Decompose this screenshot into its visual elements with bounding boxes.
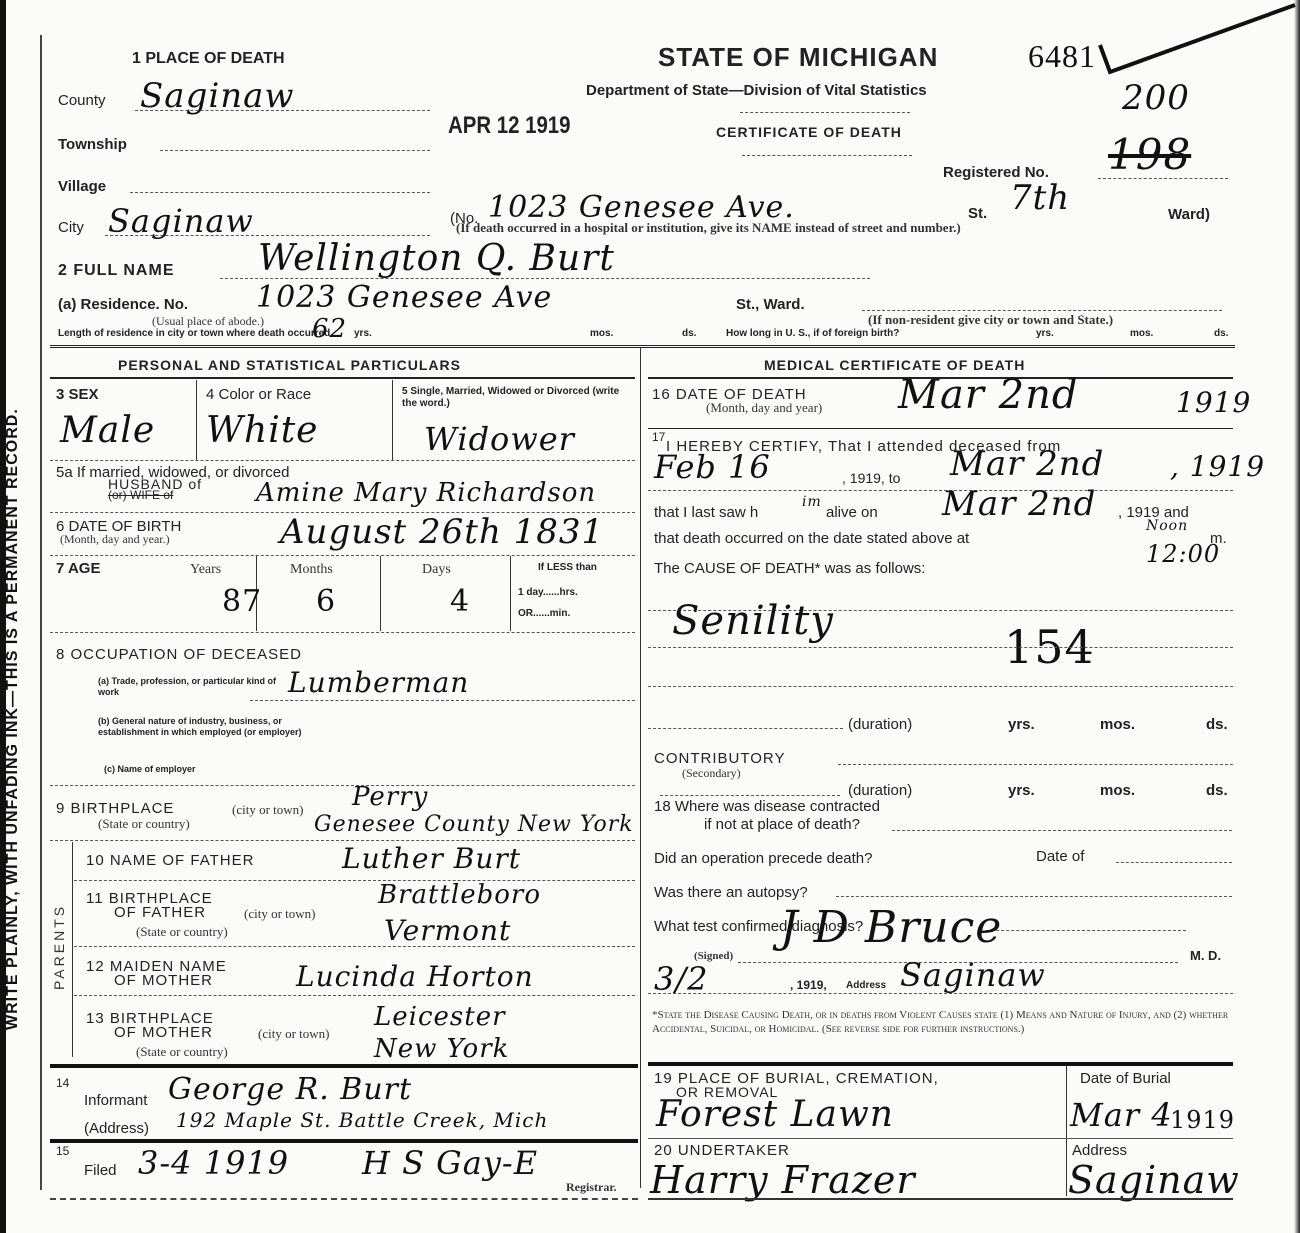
department-label: Department of State—Division of Vital St… — [586, 82, 927, 99]
city-town-note: (city or town) — [258, 1026, 329, 1042]
age-years: 87 — [222, 584, 262, 619]
state-country-note: (State or country) — [136, 1044, 228, 1060]
state-country-note: (State or country) — [136, 924, 228, 940]
md-label: M. D. — [1190, 948, 1221, 963]
race-value: White — [206, 410, 318, 451]
trade-value: Lumberman — [288, 666, 469, 699]
village-field — [130, 192, 430, 193]
days-label: Days — [422, 562, 451, 578]
dob-sub: (Month, day and year.) — [60, 532, 170, 547]
item17-num: 17 — [652, 430, 665, 444]
autopsy-label: Was there an autopsy? — [654, 884, 808, 901]
township-label: Township — [58, 136, 127, 153]
alive-on-text: alive on — [826, 504, 878, 521]
mos-label: mos. — [590, 328, 613, 339]
informant-address-value: 192 Maple St. Battle Creek, Mich — [176, 1108, 548, 1132]
ward-label: Ward) — [1168, 206, 1210, 223]
less-than-label: If LESS than — [538, 562, 597, 573]
mother-name-value: Lucinda Horton — [296, 960, 534, 993]
last-saw-pronoun: im — [802, 494, 822, 510]
birthplace-city: Perry — [352, 782, 428, 812]
undertaker-address-value: Saginaw — [1068, 1158, 1240, 1202]
last-saw-text: that I last saw h — [654, 504, 758, 521]
city-label: City — [58, 219, 84, 236]
burial-date-value: Mar 4 — [1070, 1096, 1173, 1134]
spouse-label-3: (or) WIFE of — [108, 488, 173, 502]
registrar-label: Registrar. — [566, 1180, 617, 1195]
margin-instruction: WRITE PLAINLY, WITH UNFADING INK—THIS IS… — [4, 408, 22, 1030]
length-residence-label: Length of residence in city or town wher… — [58, 328, 330, 339]
st-ward-label: St., Ward. — [736, 296, 805, 313]
physician-address-value: Saginaw — [900, 956, 1046, 994]
cause-label: The CAUSE OF DEATH* was as follows: — [654, 560, 925, 577]
mos-label: mos. — [1100, 782, 1135, 799]
physician-signature: J D Bruce — [780, 902, 1002, 953]
dod-sub: (Month, day and year) — [706, 400, 822, 416]
ds-label: ds. — [682, 328, 696, 339]
duration-label: (duration) — [848, 716, 912, 733]
father-bp-label-2: OF FATHER — [114, 904, 206, 921]
registered-no-value: 198 — [1108, 130, 1191, 179]
yrs-label: yrs. — [1036, 328, 1054, 339]
ds-label: ds. — [1206, 716, 1228, 733]
ward-value: 7th — [1010, 178, 1070, 218]
mother-name-label-2: OF MOTHER — [114, 972, 213, 989]
last-saw-date: Mar 2nd — [942, 484, 1096, 524]
spouse-value: Amine Mary Richardson — [256, 478, 596, 508]
months-label: Months — [290, 562, 333, 578]
death-time-text: that death occurred on the date stated a… — [654, 530, 969, 547]
burial-date-label: Date of Burial — [1080, 1070, 1171, 1087]
age-days: 4 — [450, 584, 470, 619]
age-months: 6 — [316, 584, 336, 619]
medical-section-title: MEDICAL CERTIFICATE OF DEATH — [764, 357, 1025, 373]
contracted-label-2: if not at place of death? — [704, 816, 860, 833]
burial-place-value: Forest Lawn — [656, 1094, 894, 1135]
usual-place-note: (Usual place of abode.) — [152, 314, 264, 329]
mother-bp-state: New York — [374, 1034, 509, 1064]
yrs-label: yrs. — [354, 328, 372, 339]
center-divider — [640, 348, 641, 1188]
cause-value: Senility — [672, 598, 834, 644]
us-residence-label: How long in U. S., if of foreign birth? — [726, 328, 899, 339]
race-label: 4 Color or Race — [206, 386, 311, 403]
contracted-label-1: 18 Where was disease contracted — [654, 798, 880, 815]
dod-year: 1919 — [1176, 386, 1251, 419]
sex-label: 3 SEX — [56, 386, 99, 403]
st-label: St. — [968, 205, 987, 222]
state-country-note: (State or country) — [98, 816, 190, 832]
place-of-death-label: 1 PLACE OF DEATH — [132, 50, 285, 68]
industry-label: (b) General nature of industry, business… — [98, 716, 318, 738]
burial-year: 1919 — [1170, 1106, 1235, 1134]
time-annotation: 12:00 — [1146, 540, 1220, 568]
ds-label: ds. — [1206, 782, 1228, 799]
residence-value: 1023 Genesee Ave — [256, 280, 552, 315]
residence-label: (a) Residence. No. — [58, 296, 188, 313]
attended-to: Mar 2nd — [950, 444, 1104, 484]
attended-from: Feb 16 — [654, 448, 771, 486]
full-name-label: 2 FULL NAME — [58, 262, 174, 280]
hospital-note: (If death occurred in a hospital or inst… — [456, 220, 961, 236]
or-min-label: OR......min. — [518, 608, 570, 619]
physician-address-label: Address — [846, 980, 886, 991]
trade-label: (a) Trade, profession, or particular kin… — [98, 676, 278, 698]
secondary-label: (Secondary) — [682, 766, 741, 781]
contributory-label: CONTRIBUTORY — [654, 750, 785, 767]
father-name-value: Luther Burt — [342, 842, 521, 875]
age-label: 7 AGE — [56, 560, 100, 577]
received-stamp-date: APR 12 1919 — [448, 112, 570, 140]
checkmark-annotation — [1095, 0, 1300, 80]
father-bp-state: Vermont — [384, 914, 511, 947]
birthplace-state: Genesee County New York — [314, 812, 634, 837]
length-residence-years: 62 — [312, 314, 347, 344]
annotation-number: 200 — [1122, 78, 1190, 118]
full-name-value: Wellington Q. Burt — [258, 238, 615, 279]
state-title: STATE OF MICHIGAN — [658, 42, 938, 73]
operation-label: Did an operation precede death? — [654, 850, 873, 867]
dod-value: Mar 2nd — [898, 372, 1078, 418]
personal-section-title: PERSONAL AND STATISTICAL PARTICULARS — [118, 357, 461, 373]
parents-label: PARENTS — [51, 904, 67, 990]
non-resident-note: (If non-resident give city or town and S… — [868, 312, 1113, 328]
occupation-label: 8 OCCUPATION OF DECEASED — [56, 646, 302, 663]
employer-label: (c) Name of employer — [104, 764, 196, 774]
informant-address-label: (Address) — [84, 1120, 149, 1137]
one-day-label: 1 day......hrs. — [518, 587, 578, 598]
cause-footnote: *State the Disease Causing Death, or in … — [652, 1008, 1232, 1036]
duration-label-2: (duration) — [848, 782, 912, 799]
signed-year: , 1919, — [790, 978, 827, 992]
undertaker-address-label: Address — [1072, 1142, 1127, 1159]
filed-num: 15 — [56, 1144, 69, 1158]
file-number: 6481 — [1028, 38, 1096, 75]
dob-value: August 26th 1831 — [280, 512, 604, 552]
undertaker-label: 20 UNDERTAKER — [654, 1142, 790, 1159]
mother-bp-label-2: OF MOTHER — [114, 1024, 213, 1041]
village-label: Village — [58, 178, 106, 195]
yrs-label: yrs. — [1008, 782, 1035, 799]
certificate-title: CERTIFICATE OF DEATH — [716, 124, 902, 140]
right-edge-shadow — [1294, 0, 1300, 1233]
mother-bp-city: Leicester — [374, 1002, 506, 1032]
birthplace-label: 9 BIRTHPLACE — [56, 800, 174, 817]
death-time-value: Noon — [1146, 518, 1188, 534]
informant-value: George R. Burt — [168, 1072, 412, 1107]
informant-num: 14 — [56, 1076, 69, 1090]
father-bp-city: Brattleboro — [378, 880, 541, 910]
county-label: County — [58, 92, 106, 109]
form-left-border — [40, 35, 42, 1190]
attended-from-year: , 1919, to — [842, 470, 900, 486]
yrs-label: yrs. — [1008, 716, 1035, 733]
informant-label: Informant — [84, 1092, 147, 1109]
mos-label: mos. — [1130, 328, 1153, 339]
attended-to-year: , 1919 — [1170, 450, 1265, 483]
date-of-label: Date of — [1036, 848, 1084, 865]
undertaker-value: Harry Frazer — [650, 1158, 916, 1202]
filed-date: 3-4 1919 — [138, 1144, 289, 1182]
township-field — [160, 150, 430, 151]
ds-label: ds. — [1214, 328, 1228, 339]
city-town-note: (city or town) — [244, 906, 315, 922]
years-label: Years — [190, 562, 221, 578]
registrar-signature: H S Gay-E — [362, 1144, 538, 1182]
father-name-label: 10 NAME OF FATHER — [86, 852, 254, 869]
mos-label: mos. — [1100, 716, 1135, 733]
marital-value: Widower — [424, 420, 575, 458]
filed-label: Filed — [84, 1162, 117, 1179]
city-town-note: (city or town) — [232, 802, 303, 818]
marital-label: 5 Single, Married, Widowed or Divorced (… — [402, 386, 632, 410]
sex-value: Male — [60, 410, 155, 451]
